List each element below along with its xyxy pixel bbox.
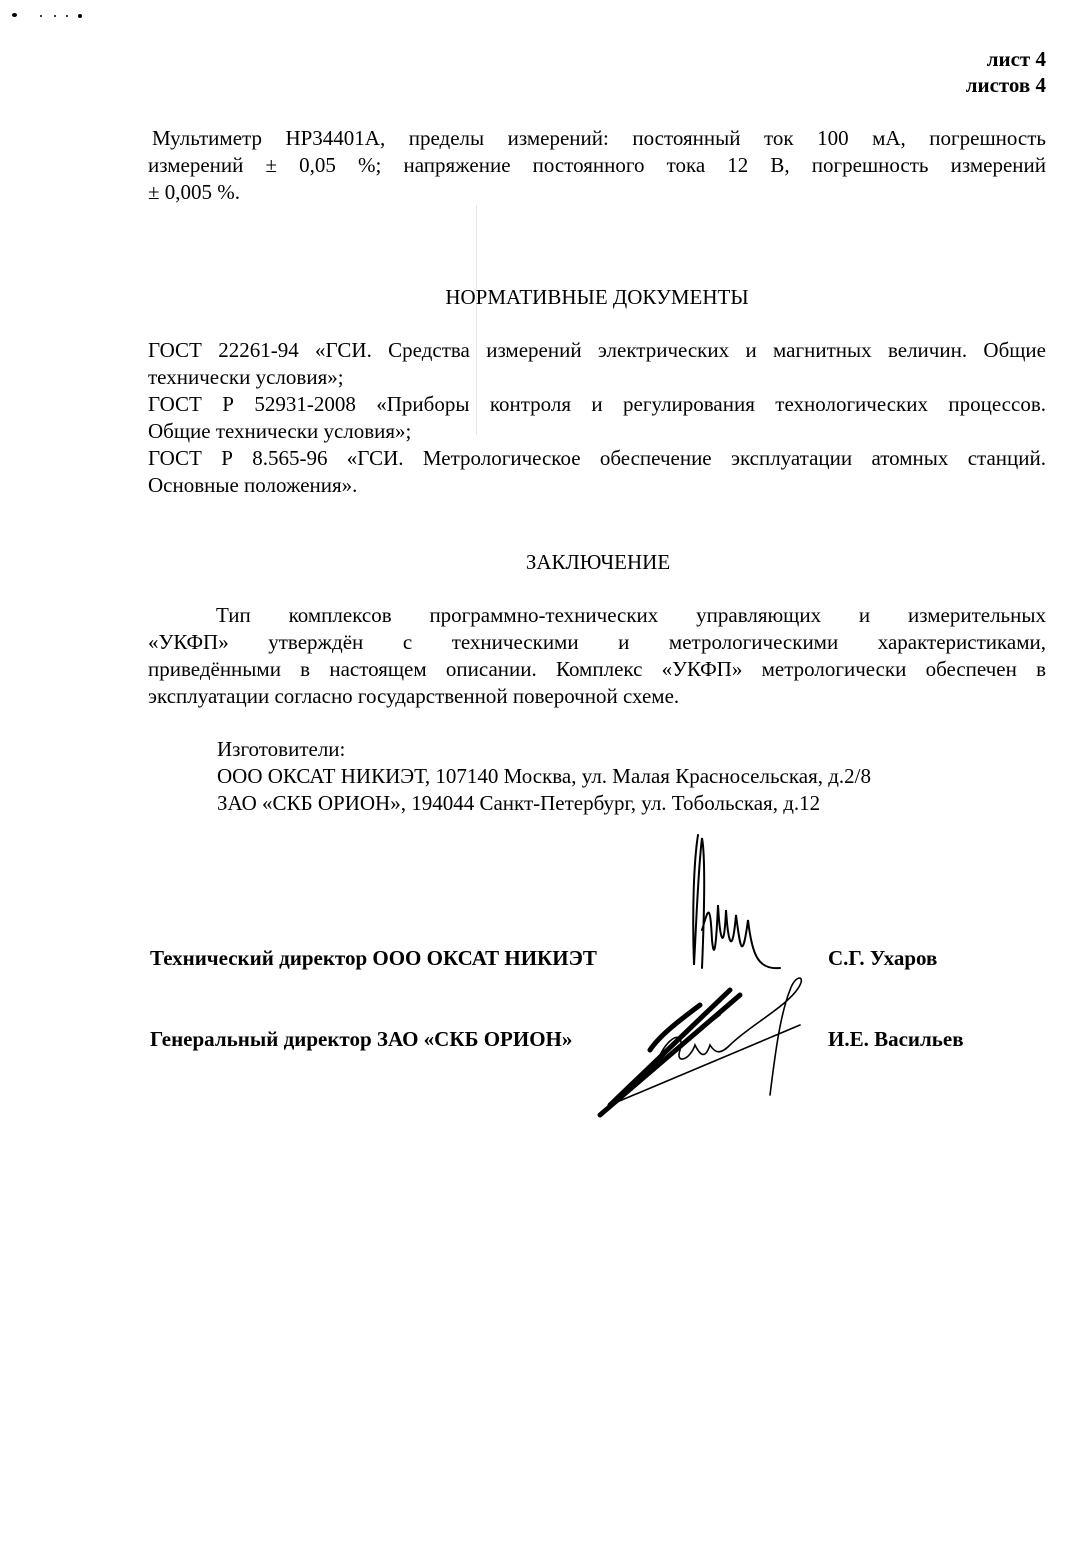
signature-ukharov [680,830,800,980]
sheet-number: лист 4 листов 4 [966,46,1046,98]
signatory-position: Технический директор ООО ОКСАТ НИКИЭТ [150,946,597,971]
text-line: Мультиметр HP34401A, пределы измерений: … [148,125,1046,152]
signatory-position: Генеральный директор ЗАО «СКБ ОРИОН» [150,1027,572,1052]
text-line: измерений ± 0,05 %; напряжение постоянно… [148,152,1046,179]
text-line: ГОСТ Р 8.565-96 «ГСИ. Метрологическое об… [148,445,1046,472]
equipment-paragraph: Мультиметр HP34401A, пределы измерений: … [148,125,1046,206]
manufacturer-item: ООО ОКСАТ НИКИЭТ, 107140 Москва, ул. Мал… [217,763,871,790]
text-line: ГОСТ Р 52931-2008 «Приборы контроля и ре… [148,391,1046,418]
text-line: приведёнными в настоящем описании. Компл… [148,656,1046,683]
text-line: ± 0,005 %. [148,179,1046,206]
text-line: «УКФП» утверждён с техническими и метрол… [148,629,1046,656]
sheet-total: листов 4 [966,72,1046,98]
signatory-name: И.Е. Васильев [828,1027,964,1052]
normative-list: ГОСТ 22261-94 «ГСИ. Средства измерений э… [148,337,1046,499]
normative-heading: НОРМАТИВНЫЕ ДОКУМЕНТЫ [148,285,1046,310]
text-line: эксплуатации согласно государственной по… [148,683,1046,710]
manufacturers-label: Изготовители: [217,736,871,763]
text-line: Тип комплексов программно-технических уп… [148,602,1046,629]
text-line: ГОСТ 22261-94 «ГСИ. Средства измерений э… [148,337,1046,364]
manufacturers-block: Изготовители: ООО ОКСАТ НИКИЭТ, 107140 М… [217,736,871,817]
signature-vasiliev [590,975,820,1120]
scan-artifact-dots [10,10,90,20]
text-line: Общие технически условия»; [148,418,1046,445]
signatory-name: С.Г. Ухаров [828,946,937,971]
manufacturer-item: ЗАО «СКБ ОРИОН», 194044 Санкт-Петербург,… [217,790,871,817]
text-line: технически условия»; [148,364,1046,391]
sheet-current: лист 4 [966,46,1046,72]
text-line: Основные положения». [148,472,1046,499]
conclusion-heading: ЗАКЛЮЧЕНИЕ [148,550,1047,575]
conclusion-paragraph: Тип комплексов программно-технических уп… [148,602,1046,710]
